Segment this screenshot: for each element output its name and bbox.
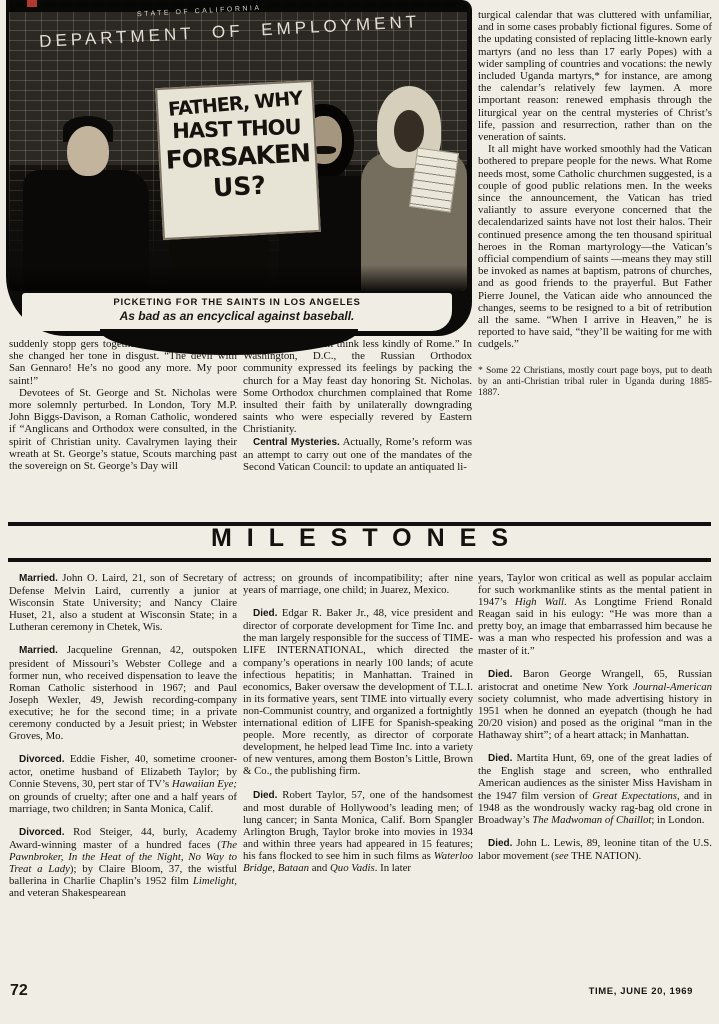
milestone-body: Baron George Wrangell, 65, Russian arist… (478, 668, 712, 741)
milestones-column-1: Married. John O. Laird, 21, son of Secre… (9, 572, 237, 910)
article-paragraph: Central Mysteries. Actually, Rome’s refo… (243, 436, 472, 474)
issue-date: TIME, JUNE 20, 1969 (589, 986, 693, 997)
milestone-lead: Married. (19, 573, 58, 584)
building-sign-large: DEPARTMENT OF EMPLOYMENT (39, 12, 421, 52)
photo-caption: PICKETING FOR THE SAINTS IN LOS ANGELES … (22, 293, 452, 331)
milestone-lead: Divorced. (19, 827, 65, 838)
protest-sign-line: HAST THOU (159, 113, 314, 144)
column-middle: patron, but they will think less kindly … (243, 338, 472, 473)
milestone-body: Robert Taylor, 57, one of the handsomest… (243, 789, 473, 875)
milestone-lead: Divorced. (19, 754, 65, 765)
article-paragraph: It all might have worked smoothly had th… (478, 143, 712, 350)
section-rule-bottom (8, 558, 711, 562)
milestone-entry: Died. John L. Lewis, 89, leonine titan o… (478, 837, 712, 862)
figure-silhouette-head (67, 126, 109, 176)
milestone-entry: Divorced. Eddie Fisher, 40, sometime cro… (9, 753, 237, 814)
milestone-body: years, Taylor won critical as well as po… (478, 572, 712, 657)
milestone-entry: Died. Edgar R. Baker Jr., 48, vice presi… (243, 607, 473, 777)
milestone-body: actress; on grounds of incompatibility; … (243, 572, 473, 596)
milestone-body: Edgar R. Baker Jr., 48, vice president a… (243, 607, 473, 777)
article-paragraph: turgical calendar that was cluttered wit… (478, 9, 712, 143)
milestones-title: MILESTONES (0, 524, 719, 553)
caption-subtitle: As bad as an encyclical against baseball… (22, 308, 452, 323)
milestone-entry: Died. Baron George Wrangell, 65, Russian… (478, 668, 712, 742)
caption-title: PICKETING FOR THE SAINTS IN LOS ANGELES (22, 293, 452, 308)
milestone-lead: Died. (253, 790, 277, 801)
page-number: 72 (10, 982, 28, 1000)
milestone-lead: Died. (488, 669, 512, 680)
figure-face (394, 110, 424, 152)
protest-sign: FATHER, WHY HAST THOU FORSAKEN US? (155, 80, 321, 240)
photo-frame: STATE OF CALIFORNIA DEPARTMENT OF EMPLOY… (6, 0, 472, 336)
article-footnote: * Some 22 Christians, mostly court page … (478, 365, 712, 398)
milestone-lead: Died. (488, 838, 512, 849)
milestones-column-3: years, Taylor won critical as well as po… (478, 572, 712, 873)
milestone-body: John L. Lewis, 89, leonine titan of the … (478, 837, 712, 862)
building-sign-small: STATE OF CALIFORNIA (137, 5, 262, 19)
milestone-body: Jacqueline Grennan, 42, outspoken presid… (9, 644, 237, 742)
red-registration-mark (27, 0, 37, 7)
milestones-column-2: actress; on grounds of incompatibility; … (243, 572, 473, 885)
newspaper-prop (409, 147, 459, 212)
milestone-lead: Died. (253, 608, 277, 619)
milestone-entry: actress; on grounds of incompatibility; … (243, 572, 473, 596)
milestone-entry: Died. Robert Taylor, 57, one of the hand… (243, 789, 473, 875)
column-right: turgical calendar that was cluttered wit… (478, 9, 712, 407)
milestone-body: Martita Hunt, 69, one of the great ladie… (478, 752, 712, 825)
article-paragraph: Devotees of St. George and St. Nicholas … (9, 387, 237, 472)
milestone-entry: Married. John O. Laird, 21, son of Secre… (9, 572, 237, 633)
milestone-lead: Married. (19, 645, 58, 656)
paragraph-lead: Central Mysteries. (253, 437, 340, 448)
milestone-entry: Married. Jacqueline Grennan, 42, outspok… (9, 644, 237, 742)
protest-photo: STATE OF CALIFORNIA DEPARTMENT OF EMPLOY… (9, 0, 467, 291)
magazine-page: STATE OF CALIFORNIA DEPARTMENT OF EMPLOY… (0, 0, 719, 1024)
photo-shadow-bottom (9, 265, 467, 291)
milestone-entry: Died. Martita Hunt, 69, one of the great… (478, 752, 712, 826)
column-left: suddenly stopp gers together. A few seco… (9, 338, 237, 472)
milestone-lead: Died. (488, 753, 512, 764)
milestone-entry: years, Taylor won critical as well as po… (478, 572, 712, 657)
milestone-entry: Divorced. Rod Steiger, 44, burly, Academ… (9, 826, 237, 900)
